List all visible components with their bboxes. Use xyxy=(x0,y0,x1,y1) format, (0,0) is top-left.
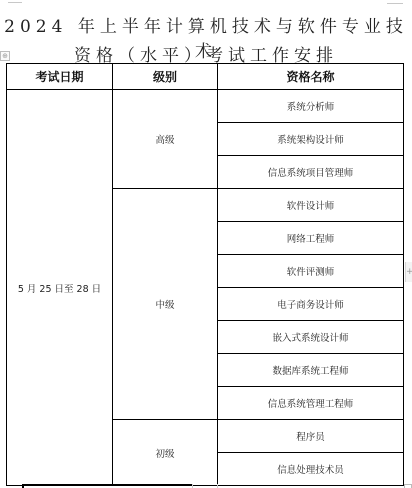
next-table-column-marker xyxy=(192,484,218,488)
add-row-plus-icon[interactable]: + xyxy=(405,262,412,282)
table-resize-handle-icon[interactable] xyxy=(404,484,412,488)
qualification-cell[interactable]: 程序员 xyxy=(218,420,404,453)
qualification-cell[interactable]: 软件设计师 xyxy=(218,189,404,222)
table-row: 5 月 25 日至 28 日 高级 系统分析师 xyxy=(7,90,404,123)
qualification-cell[interactable]: 电子商务设计师 xyxy=(218,288,404,321)
next-table-top-border xyxy=(24,484,192,485)
qualification-cell[interactable]: 系统分析师 xyxy=(218,90,404,123)
page-corner-mark-right xyxy=(387,3,403,4)
qualification-cell[interactable]: 信息系统管理工程师 xyxy=(218,387,404,420)
level-cell-junior[interactable]: 初级 xyxy=(113,420,218,486)
header-level: 级别 xyxy=(113,64,218,90)
qualification-cell[interactable]: 信息系统项目管理师 xyxy=(218,156,404,189)
qualification-cell[interactable]: 网络工程师 xyxy=(218,222,404,255)
page-corner-mark-left xyxy=(8,2,22,3)
qualification-cell[interactable]: 嵌入式系统设计师 xyxy=(218,321,404,354)
qualification-cell[interactable]: 系统架构设计师 xyxy=(218,123,404,156)
level-cell-intermediate[interactable]: 中级 xyxy=(113,189,218,420)
header-qualification: 资格名称 xyxy=(218,64,404,90)
table-header-row: 考试日期 级别 资格名称 xyxy=(7,64,404,90)
qualification-cell[interactable]: 信息处理技术员 xyxy=(218,453,404,486)
qualification-cell[interactable]: 数据库系统工程师 xyxy=(218,354,404,387)
table-move-handle-icon[interactable]: ⊕ xyxy=(0,51,10,61)
qualification-cell[interactable]: 软件评测师 xyxy=(218,255,404,288)
level-cell-senior[interactable]: 高级 xyxy=(113,90,218,189)
exam-schedule-table: 考试日期 级别 资格名称 5 月 25 日至 28 日 高级 系统分析师 系统架… xyxy=(6,63,404,486)
exam-date-cell[interactable]: 5 月 25 日至 28 日 xyxy=(7,90,113,486)
header-exam-date: 考试日期 xyxy=(7,64,113,90)
